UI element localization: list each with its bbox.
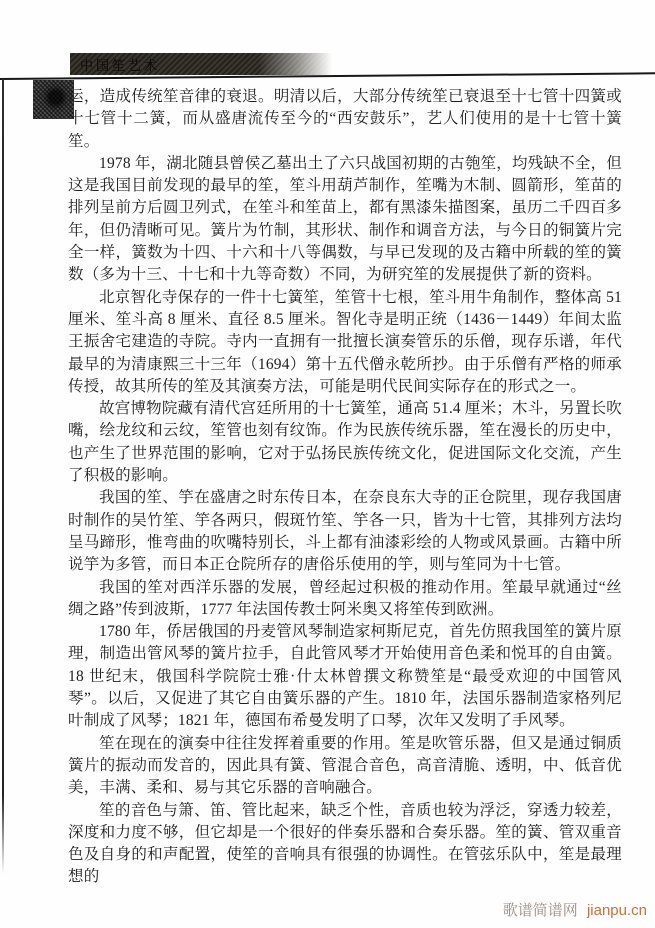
scanned-book-page: 中国笙艺术 运，造成传统笙音律的衰退。明清以后，大部分传统笙已衰退至十七管十四簧… xyxy=(0,0,655,928)
body-paragraph: 笙在现在的演奏中往往发挥着重要的作用。笙是吹管乐器，但又是通过铜质簧片的振动而发… xyxy=(68,733,622,800)
body-paragraph: 笙的音色与箫、笛、管比起来，缺乏个性，音质也较为浮泛，穿透力较差，深度和力度不够… xyxy=(68,800,622,889)
body-paragraph: 我国的笙、竽在盛唐之时东传日本，在奈良东大寺的正仓院里，现存我国唐时制作的吴竹笙… xyxy=(68,487,622,576)
site-watermark: 歌谱简谱网 jianpu.cn xyxy=(503,899,647,920)
book-title: 中国笙艺术 xyxy=(70,55,160,74)
site-url: jianpu.cn xyxy=(587,902,647,919)
body-paragraph: 故宫博物院藏有清代宫廷所用的十七簧笙，通高 51.4 厘米；木斗，另置长吹嘴，绘… xyxy=(68,398,622,487)
header-band: 中国笙艺术 xyxy=(70,53,332,75)
body-text-column: 运，造成传统笙音律的衰退。明清以后，大部分传统笙已衰退至十七管十四簧或十七管十二… xyxy=(68,86,622,889)
body-paragraph: 北京智化寺保存的一件十七簧笙，笙管十七根，笙斗用牛角制作，整体高 51 厘米、笙… xyxy=(68,287,622,398)
body-paragraph: 我国的笙对西洋乐器的发展，曾经起过积极的推动作用。笙最早就通过“丝绸之路”传到波… xyxy=(68,577,622,622)
body-paragraph: 1780 年，侨居俄国的丹麦管风琴制造家柯斯尼克，首先仿照我国笙的簧片原理，制造… xyxy=(68,621,622,732)
site-name: 歌谱简谱网 xyxy=(503,902,578,919)
body-paragraph: 1978 年，湖北随县曾侯乙墓出土了六只战国初期的古匏笙，均残缺不全，但这是我国… xyxy=(68,153,622,287)
page-edge-line xyxy=(2,79,4,874)
body-paragraph: 运，造成传统笙音律的衰退。明清以后，大部分传统笙已衰退至十七管十四簧或十七管十二… xyxy=(68,86,622,153)
